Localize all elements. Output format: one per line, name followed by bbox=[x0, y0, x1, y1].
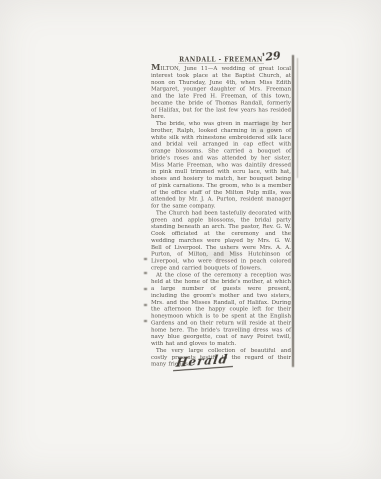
clipping-paragraph: At the close of the ceremony a reception… bbox=[151, 271, 291, 347]
clipping-paragraph: The bride, who was given in marriage by … bbox=[151, 120, 291, 209]
left-edge-mark bbox=[144, 304, 147, 306]
clipping-paragraph: MILTON, June 11—A wedding of great local… bbox=[151, 65, 291, 120]
scanned-scrapbook-page: RANDALL - FREEMAN '29 MILTON, June 11—A … bbox=[0, 0, 381, 479]
left-edge-mark bbox=[144, 288, 147, 290]
handwritten-year-annotation: '29 bbox=[261, 49, 281, 64]
left-edge-mark bbox=[144, 320, 147, 322]
newspaper-clipping: RANDALL - FREEMAN '29 MILTON, June 11—A … bbox=[150, 54, 292, 374]
clipping-body: MILTON, June 11—A wedding of great local… bbox=[151, 65, 291, 368]
left-edge-mark bbox=[144, 258, 147, 260]
handwritten-source-credit: Herald bbox=[173, 352, 235, 371]
left-edge-mark bbox=[144, 272, 147, 274]
clipping-paragraph: The Church had been tastefully decorated… bbox=[151, 209, 291, 271]
column-rule-right bbox=[292, 55, 294, 367]
column-rule-right-faint bbox=[297, 58, 298, 178]
clipping-headline: RANDALL - FREEMAN bbox=[178, 56, 264, 64]
